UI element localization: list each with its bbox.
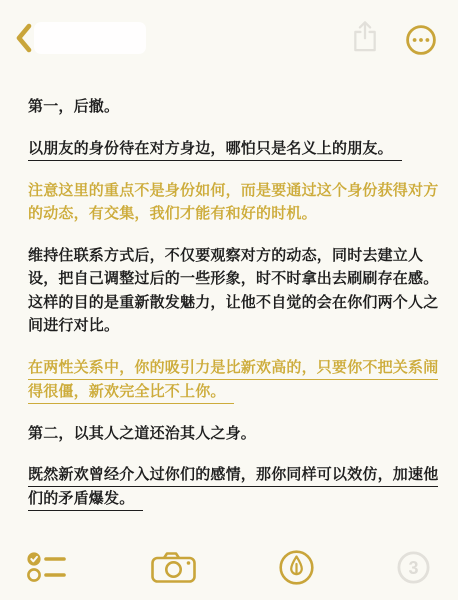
note-paragraph-7: 既然新欢曾经介入过你们的感情，那你同样可以效仿，加速他 们的矛盾爆发。 — [28, 463, 434, 511]
ellipsis-circle-icon — [405, 24, 437, 56]
note-line: 在两性关系中，你的吸引力是比新欢高的，只要你不把关系闹 — [28, 356, 434, 380]
note-line: 维持住联系方式后，不仅要观察对方的动态，同时去建立人 — [28, 244, 434, 268]
share-button[interactable] — [351, 20, 379, 53]
chevron-left-icon — [12, 22, 36, 54]
share-icon — [351, 20, 379, 53]
note-line: 间进行对比。 — [28, 314, 434, 338]
back-button[interactable] — [12, 22, 36, 54]
camera-icon — [150, 550, 197, 584]
note-line: 得很僵，新欢完全比不上你。 — [28, 380, 434, 404]
circled-3-icon: 3 — [395, 549, 432, 586]
note-line: 既然新欢曾经介入过你们的感情，那你同样可以效仿，加速他 — [28, 463, 434, 487]
note-paragraph-1: 第一，后撤。 — [28, 95, 434, 119]
checklist-icon — [26, 550, 70, 584]
note-paragraph-2: 以朋友的身份待在对方身边，哪怕只是名义上的朋友。 — [28, 137, 434, 161]
note-line: 的动态，有交集，我们才能有和好的时机。 — [28, 202, 434, 226]
note-paragraph-6: 第二，以其人之道还治其人之身。 — [28, 422, 434, 446]
note-line: 注意这里的重点不是身份如何，而是要通过这个身份获得对方 — [28, 179, 434, 203]
note-line: 们的矛盾爆发。 — [28, 487, 434, 511]
bottom-toolbar: 3 — [0, 542, 458, 600]
markup-pen-icon — [278, 549, 315, 586]
note-line: 以朋友的身份待在对方身边，哪怕只是名义上的朋友。 — [28, 137, 434, 161]
note-line: 第二，以其人之道还治其人之身。 — [28, 422, 434, 446]
note-line: 这样的目的是重新散发魅力，让他不自觉的会在你们两个人之 — [28, 291, 434, 315]
page-indicator-badge: 3 — [395, 549, 432, 586]
markup-button[interactable] — [278, 549, 315, 586]
checklist-button[interactable] — [26, 550, 70, 584]
note-body[interactable]: 第一，后撤。 以朋友的身份待在对方身边，哪怕只是名义上的朋友。 注意这里的重点不… — [28, 95, 434, 529]
page-number-text: 3 — [408, 558, 418, 578]
nav-bar — [0, 0, 458, 64]
blurred-note-title — [34, 22, 146, 54]
camera-button[interactable] — [150, 550, 197, 584]
note-paragraph-5: 在两性关系中，你的吸引力是比新欢高的，只要你不把关系闹 得很僵，新欢完全比不上你… — [28, 356, 434, 404]
note-line: 设，把自己调整过后的一些形象，时不时拿出去刷刷存在感。 — [28, 267, 434, 291]
more-options-button[interactable] — [405, 24, 437, 56]
note-line: 第一，后撤。 — [28, 95, 434, 119]
note-paragraph-3: 注意这里的重点不是身份如何，而是要通过这个身份获得对方 的动态，有交集，我们才能… — [28, 179, 434, 226]
notes-app-screen: 第一，后撤。 以朋友的身份待在对方身边，哪怕只是名义上的朋友。 注意这里的重点不… — [0, 0, 458, 600]
note-paragraph-4: 维持住联系方式后，不仅要观察对方的动态，同时去建立人 设，把自己调整过后的一些形… — [28, 244, 434, 338]
